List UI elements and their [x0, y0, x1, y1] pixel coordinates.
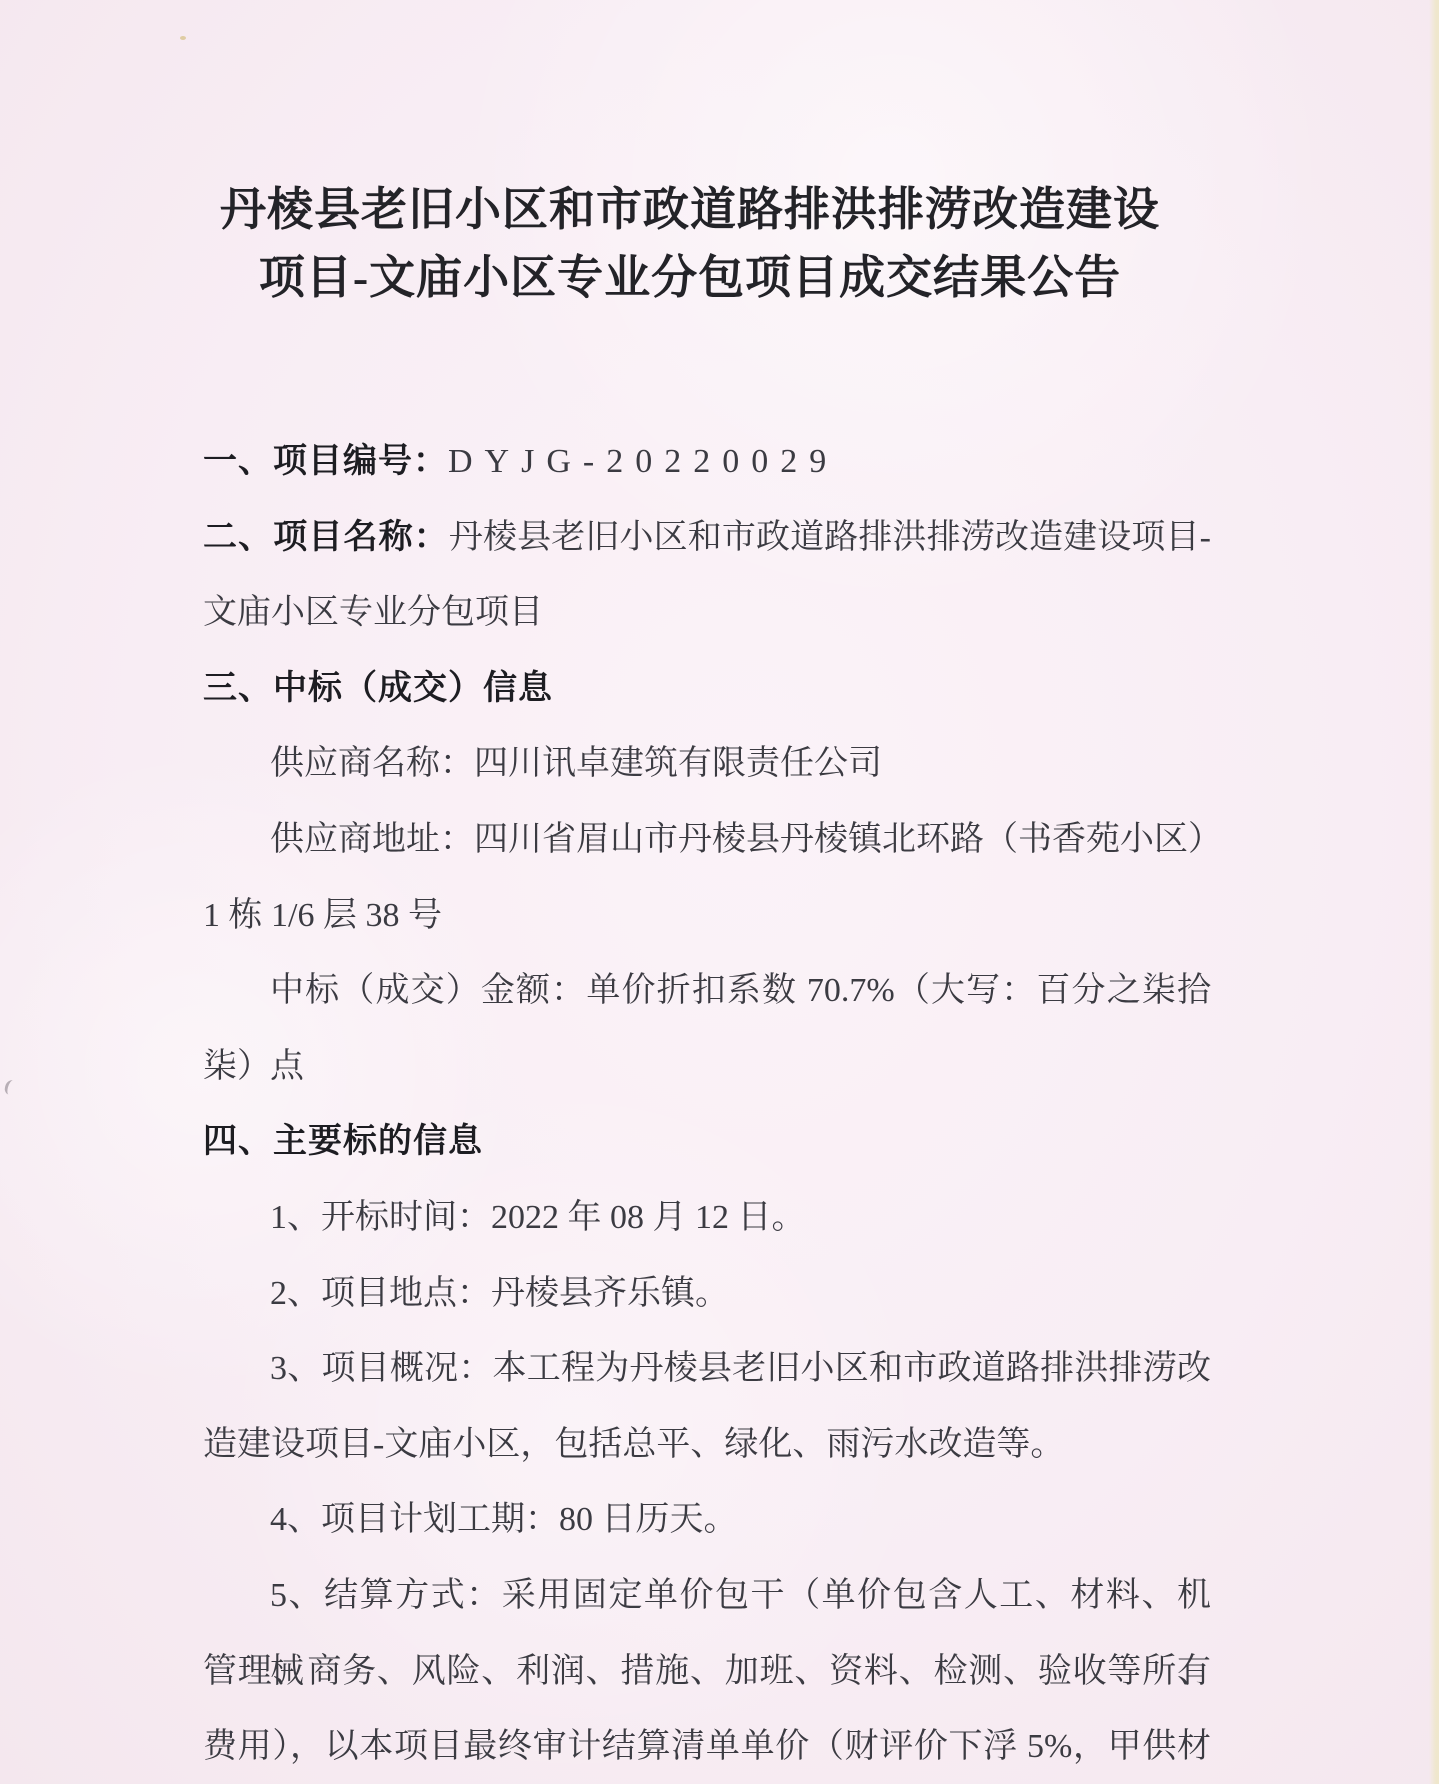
document-title: 丹棱县老旧小区和市政道路排洪排涝改造建设 项目-文庙小区专业分包项目成交结果公告 — [150, 176, 1230, 312]
doc-line-supplier-name: 供应商名称：四川讯卓建筑有限责任公司 — [203, 726, 1211, 802]
doc-line-project-overview-cont: 造建设项目-文庙小区，包括总平、绿化、雨污水改造等。 — [203, 1407, 1211, 1483]
doc-line-project-number: 一、项目编号：DYJG-20220029 — [203, 424, 1211, 500]
line-text: 费用），以本项目最终审计结算清单单价（财评价下浮 5%，甲供材 — [203, 1728, 1211, 1765]
line-text: DYJG-20220029 — [448, 443, 838, 480]
doc-line-supplier-address-cont: 1 栋 1/6 层 38 号 — [203, 878, 1211, 954]
doc-line-award-amount-cont: 柒） — [203, 1029, 1211, 1105]
doc-line-settlement-method: 5、结算方式：采用固定单价包干（单价包含人工、材料、机械、 — [203, 1558, 1211, 1634]
doc-line-project-location: 2、项目地点：丹棱县齐乐镇。 — [203, 1256, 1211, 1332]
line-text: 供应商地址：四川省眉山市丹棱县丹棱镇北环路（书香苑小区） — [270, 821, 1222, 858]
line-text: 4、项目计划工期：80 日历天。 — [270, 1501, 738, 1538]
doc-line-award-amount: 中标（成交）金额：单价折扣系数 70.7%（大写：百分之柒拾点 — [203, 953, 1211, 1029]
doc-line-project-overview: 3、项目概况：本工程为丹棱县老旧小区和市政道路排洪排涝改 — [203, 1331, 1211, 1407]
line-text: 管理、商务、风险、利润、措施、加班、资料、检测、验收等所有 — [203, 1653, 1211, 1690]
line-heading: 一、项目编号： — [203, 442, 448, 480]
document-body: 一、项目编号：DYJG-20220029 二、项目名称：丹棱县老旧小区和市政道路… — [203, 424, 1211, 1784]
doc-line-supplier-address: 供应商地址：四川省眉山市丹棱县丹棱镇北环路（书香苑小区） — [203, 802, 1211, 878]
scan-speck — [180, 36, 186, 40]
scan-edge-strip — [1429, 0, 1439, 1784]
doc-line-award-info-heading: 三、中标（成交）信息 — [203, 651, 1211, 727]
doc-line-project-name: 二、项目名称：丹棱县老旧小区和市政道路排洪排涝改造建设项目- — [203, 500, 1211, 576]
scan-mark — [3, 1079, 18, 1096]
line-text: 1 栋 1/6 层 38 号 — [203, 897, 442, 934]
line-text: 供应商名称：四川讯卓建筑有限责任公司 — [270, 745, 882, 782]
scanned-announcement-page: 丹棱县老旧小区和市政道路排洪排涝改造建设 项目-文庙小区专业分包项目成交结果公告… — [0, 0, 1439, 1784]
line-text: 造建设项目-文庙小区，包括总平、绿化、雨污水改造等。 — [203, 1426, 1064, 1463]
doc-line-settlement-method-cont1: 管理、商务、风险、利润、措施、加班、资料、检测、验收等所有 — [203, 1634, 1211, 1710]
line-text: 3、项目概况：本工程为丹棱县老旧小区和市政道路排洪排涝改 — [270, 1350, 1211, 1387]
line-text: 文庙小区专业分包项目 — [203, 594, 543, 631]
doc-line-subject-info-heading: 四、主要标的信息 — [203, 1104, 1211, 1180]
line-text: 1、开标时间：2022 年 08 月 12 日。 — [270, 1199, 806, 1236]
doc-line-project-name-cont: 文庙小区专业分包项目 — [203, 575, 1211, 651]
doc-line-settlement-method-cont2: 费用），以本项目最终审计结算清单单价（财评价下浮 5%，甲供材 — [203, 1709, 1211, 1784]
line-text: 2、项目地点：丹棱县齐乐镇。 — [270, 1275, 729, 1312]
title-line-2: 项目-文庙小区专业分包项目成交结果公告 — [150, 244, 1230, 312]
line-heading: 二、项目名称： — [203, 518, 449, 556]
doc-line-project-duration: 4、项目计划工期：80 日历天。 — [203, 1482, 1211, 1558]
line-text: 丹棱县老旧小区和市政道路排洪排涝改造建设项目- — [449, 519, 1211, 556]
line-heading: 四、主要标的信息 — [203, 1122, 483, 1160]
doc-line-bid-opening-date: 1、开标时间：2022 年 08 月 12 日。 — [203, 1180, 1211, 1256]
line-text: 柒） — [203, 1048, 271, 1085]
title-line-1: 丹棱县老旧小区和市政道路排洪排涝改造建设 — [150, 176, 1230, 244]
line-heading: 三、中标（成交）信息 — [203, 669, 553, 707]
